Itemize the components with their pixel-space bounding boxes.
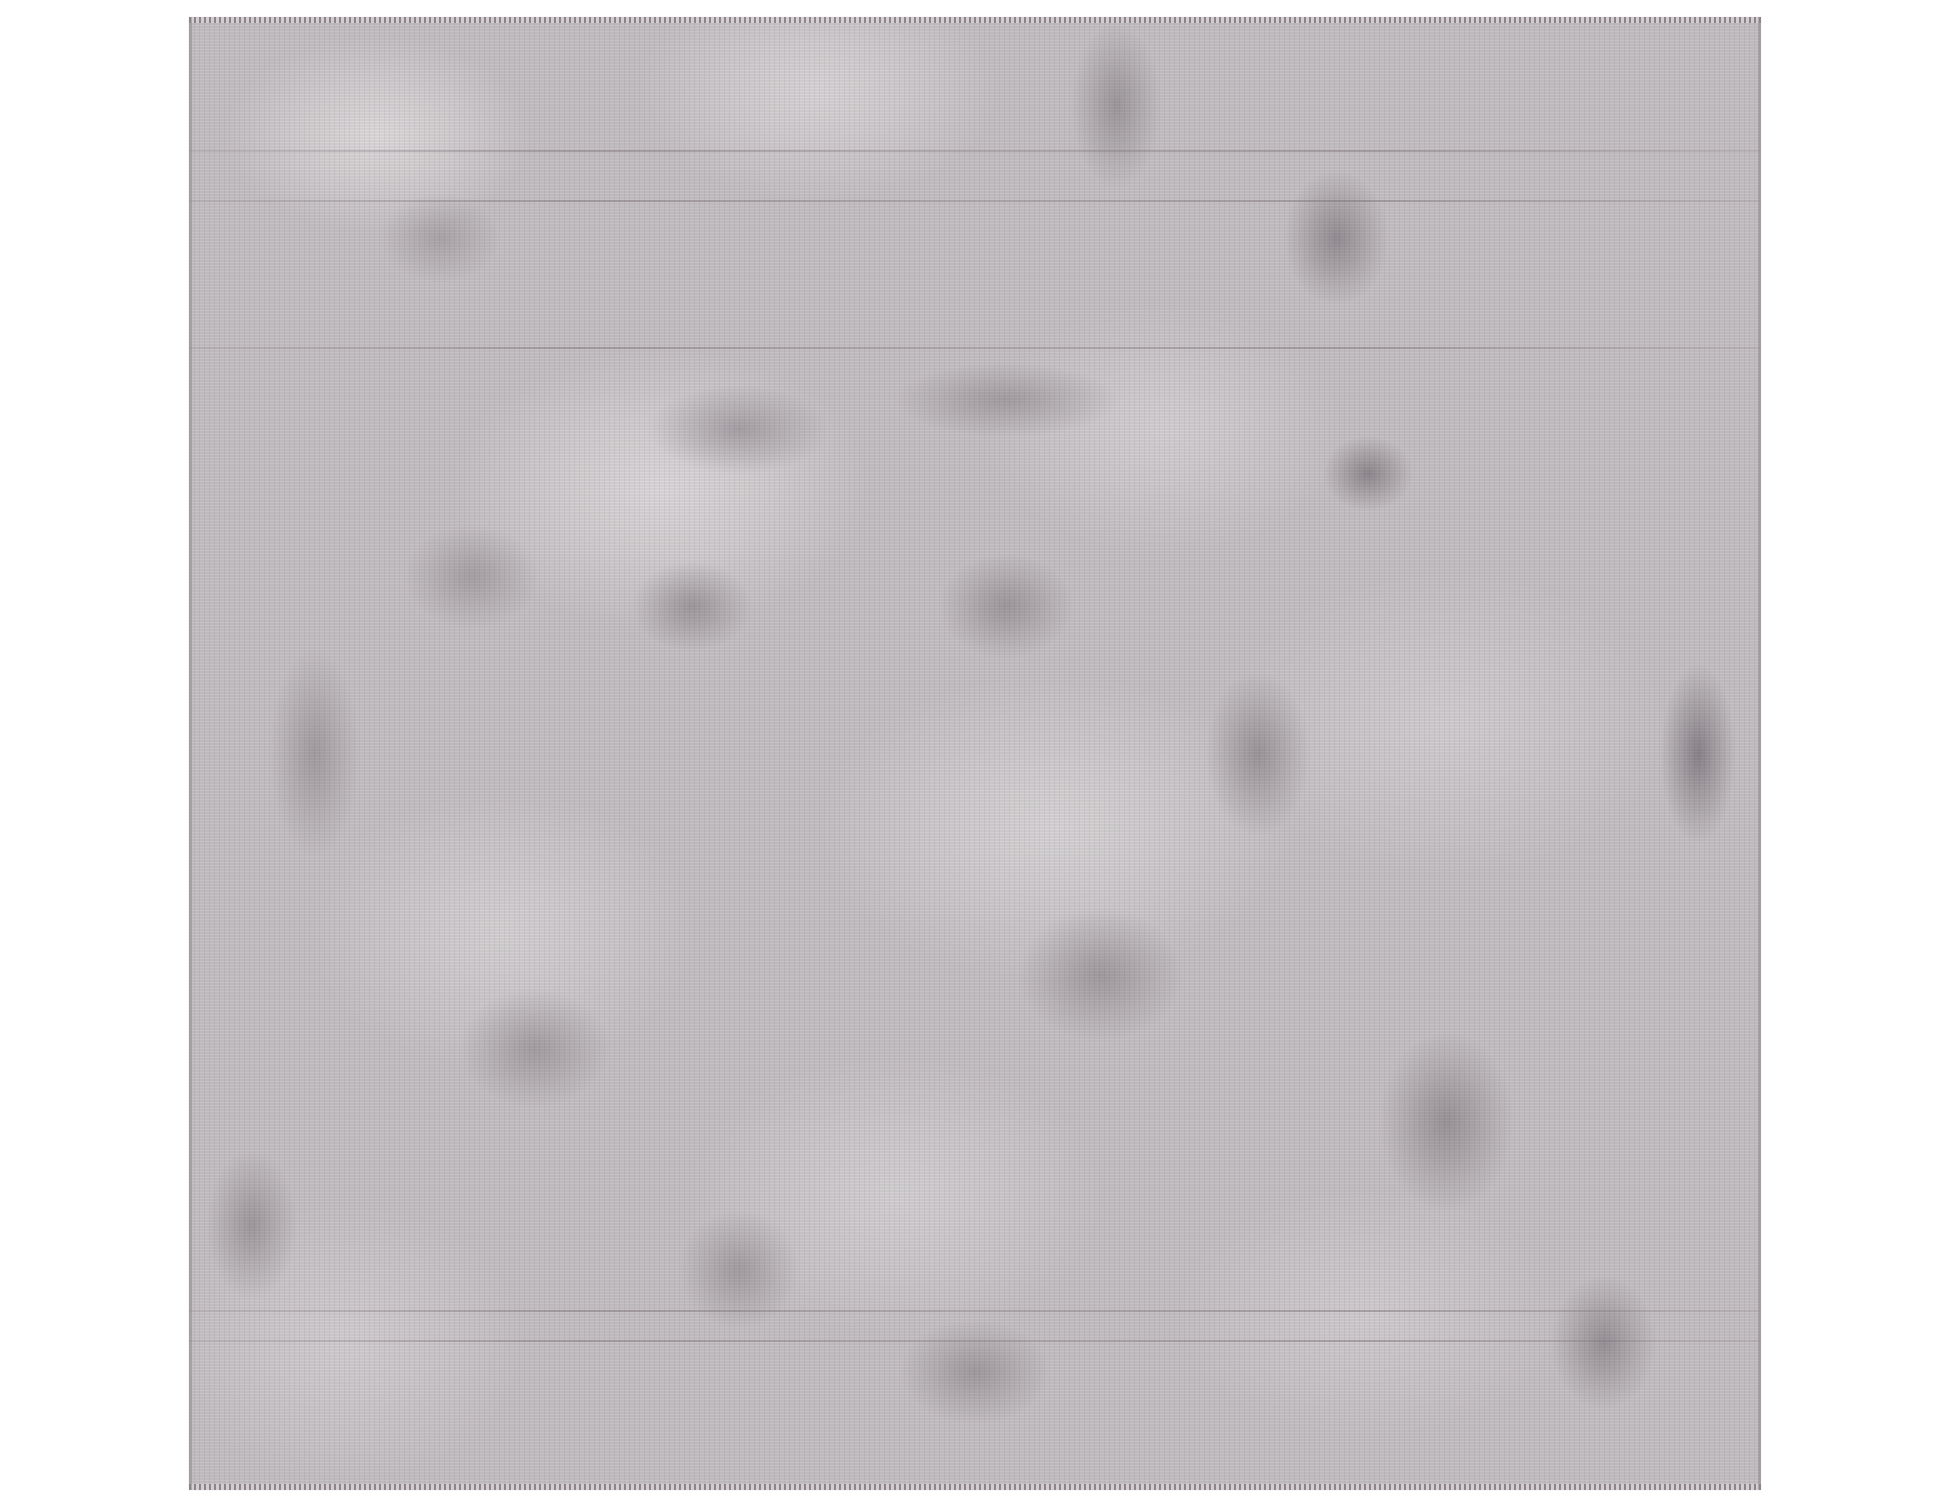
rug-fold-line (189, 1340, 1761, 1342)
rug-left-edge (189, 17, 192, 1490)
rug-fold-line (189, 150, 1761, 152)
product-photo (0, 0, 1950, 1500)
rug-fold-line (189, 200, 1761, 202)
rug-bottom-fringe (189, 1484, 1761, 1490)
rug-top-fringe (189, 17, 1761, 23)
rug-fold-line (189, 347, 1761, 349)
rug-fold-line (189, 1310, 1761, 1312)
rug-right-edge (1758, 17, 1761, 1490)
rug-image (189, 17, 1761, 1490)
rug-weave-texture (189, 17, 1761, 1490)
